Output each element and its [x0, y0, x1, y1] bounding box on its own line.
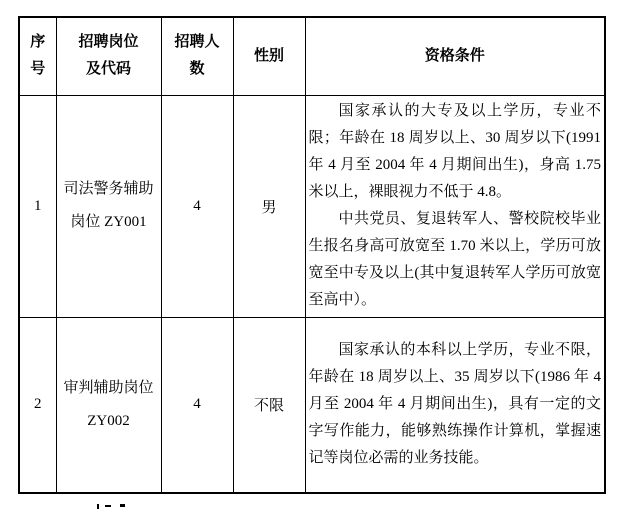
- headcount-cell: 4: [161, 95, 233, 317]
- clipped-text-mark: [105, 505, 111, 507]
- col-header-qualifications: 资格条件: [305, 17, 605, 95]
- col-header-index: 序 号: [19, 17, 56, 95]
- headcount-cell: 4: [161, 317, 233, 493]
- index-cell: 1: [19, 95, 56, 317]
- col-header-gender: 性别: [233, 17, 305, 95]
- table-row: 2 审判辅助岗位 ZY002 4 不限 国家承认的本科以上学历，专业不限，年龄在…: [19, 317, 605, 493]
- col-header-position: 招聘岗位 及代码: [56, 17, 161, 95]
- position-cell: 司法警务辅助 岗位 ZY001: [56, 95, 161, 317]
- clipped-text-fragment: [95, 503, 130, 510]
- col-header-headcount: 招聘人 数: [161, 17, 233, 95]
- gender-cell: 男: [233, 95, 305, 317]
- index-cell: 2: [19, 317, 56, 493]
- qualification-paragraph: 国家承认的大专及以上学历，专业不限；年龄在 18 周岁以上、30 周岁以下(19…: [309, 98, 602, 206]
- qualifications-cell: 国家承认的本科以上学历，专业不限，年龄在 18 周岁以上、35 周岁以下(198…: [305, 317, 605, 493]
- gender-cell: 不限: [233, 317, 305, 493]
- position-cell: 审判辅助岗位 ZY002: [56, 317, 161, 493]
- clipped-text-mark: [97, 504, 99, 509]
- qualification-paragraph: 国家承认的本科以上学历，专业不限，年龄在 18 周岁以上、35 周岁以下(198…: [309, 337, 602, 472]
- page: 序 号 招聘岗位 及代码 招聘人 数 性别 资格条件 1 司法警务辅助 岗位 Z…: [0, 0, 624, 510]
- recruitment-table: 序 号 招聘岗位 及代码 招聘人 数 性别 资格条件 1 司法警务辅助 岗位 Z…: [18, 16, 606, 494]
- clipped-text-mark: [120, 504, 125, 507]
- table-row: 1 司法警务辅助 岗位 ZY001 4 男 国家承认的大专及以上学历，专业不限；…: [19, 95, 605, 317]
- qualifications-cell: 国家承认的大专及以上学历，专业不限；年龄在 18 周岁以上、30 周岁以下(19…: [305, 95, 605, 317]
- qualification-paragraph: 中共党员、复退转军人、警校院校毕业生报名身高可放宽至 1.70 米以上，学历可放…: [309, 206, 602, 314]
- header-row: 序 号 招聘岗位 及代码 招聘人 数 性别 资格条件: [19, 17, 605, 95]
